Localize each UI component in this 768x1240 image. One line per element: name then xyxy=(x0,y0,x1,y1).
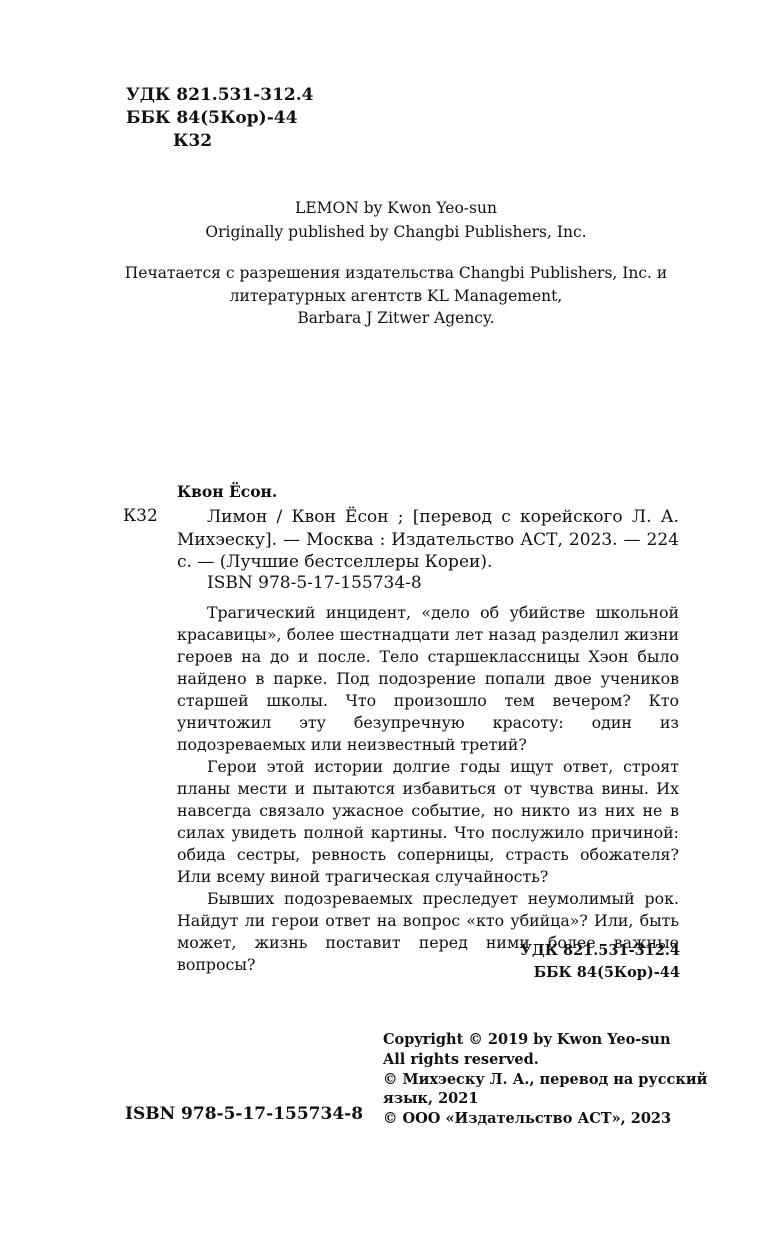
permission-line-3: Barbara J Zitwer Agency. xyxy=(100,307,692,330)
author-mark: К32 xyxy=(126,130,313,153)
original-publisher-line: Originally published by Changbi Publishe… xyxy=(100,220,692,244)
catalog-codes-top: УДК 821.531-312.4 ББК 84(5Кор)-44 К32 xyxy=(126,84,313,153)
copyright-line: Copyright © 2019 by Kwon Yeo-sun xyxy=(383,1030,683,1050)
annotation-catalog-codes: УДК 821.531-312.4 ББК 84(5Кор)-44 xyxy=(520,940,680,984)
footer-isbn: ISBN 978-5-17-155734-8 xyxy=(125,1104,363,1124)
bibliographic-isbn: ISBN 978-5-17-155734-8 xyxy=(207,573,422,593)
bibliographic-author-mark: К32 xyxy=(123,506,158,526)
original-publication-notice: LEMON by Kwon Yeo-sun Originally publish… xyxy=(100,196,692,244)
copyright-block: Copyright © 2019 by Kwon Yeo-sun All rig… xyxy=(383,1030,683,1129)
original-title-line: LEMON by Kwon Yeo-sun xyxy=(100,196,692,220)
copyright-line: © Михэеску Л. А., перевод на русский xyxy=(383,1070,683,1090)
permission-line-2: литературных агентств KL Management, xyxy=(100,285,692,308)
copyright-line: All rights reserved. xyxy=(383,1050,683,1070)
bibliographic-description: Лимон / Квон Ёсон ; [перевод с корейског… xyxy=(177,506,679,574)
copyright-line: © ООО «Издательство АСТ», 2023 xyxy=(383,1109,683,1129)
bbk-code: ББК 84(5Кор)-44 xyxy=(520,962,680,984)
author-heading: Квон Ёсон. xyxy=(177,482,277,501)
copyright-line: язык, 2021 xyxy=(383,1089,683,1109)
annotation-paragraph: Трагический инцидент, «дело об убийстве … xyxy=(177,602,679,756)
annotation-paragraph: Герои этой истории долгие годы ищут отве… xyxy=(177,756,679,888)
annotation: Трагический инцидент, «дело об убийстве … xyxy=(177,602,679,976)
udk-code: УДК 821.531-312.4 xyxy=(520,940,680,962)
udk-code: УДК 821.531-312.4 xyxy=(126,84,313,107)
permission-notice: Печатается с разрешения издательства Cha… xyxy=(100,262,692,330)
permission-line-1: Печатается с разрешения издательства Cha… xyxy=(100,262,692,285)
bbk-code: ББК 84(5Кор)-44 xyxy=(126,107,313,130)
